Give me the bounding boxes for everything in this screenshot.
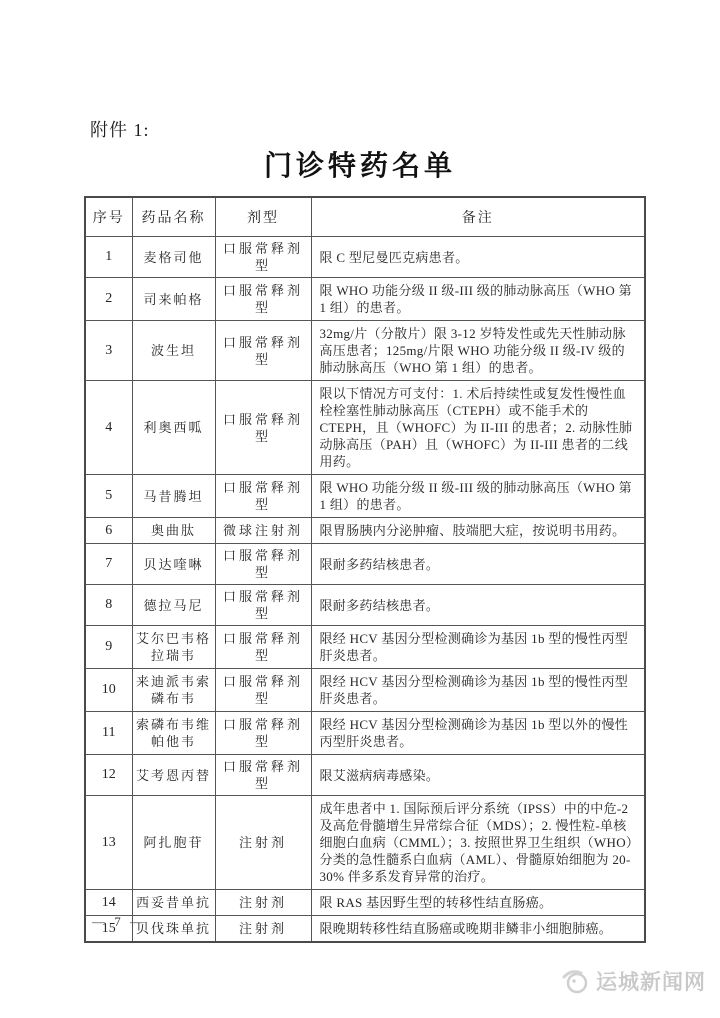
cell-dosage-form: 口服常释剂型 [215, 381, 311, 475]
cell-drug-name: 司来帕格 [132, 278, 215, 321]
cell-serial-no: 2 [85, 278, 132, 321]
table-row: 9 艾尔巴韦格拉瑞韦 口服常释剂型 限经 HCV 基因分型检测确诊为基因 1b … [85, 626, 645, 669]
cell-serial-no: 7 [85, 544, 132, 585]
cell-dosage-form: 口服常释剂型 [215, 712, 311, 755]
cell-drug-name: 艾考恩丙替 [132, 755, 215, 796]
cell-drug-name: 波生坦 [132, 321, 215, 381]
col-header-remark: 备注 [311, 197, 645, 237]
table-row: 1 麦格司他 口服常释剂型 限 C 型尼曼匹克病患者。 [85, 237, 645, 278]
cell-dosage-form: 口服常释剂型 [215, 544, 311, 585]
cell-remark: 限艾滋病病毒感染。 [311, 755, 645, 796]
cell-drug-name: 来迪派韦索磷布韦 [132, 669, 215, 712]
cell-serial-no: 5 [85, 475, 132, 518]
cell-serial-no: 6 [85, 518, 132, 544]
special-drug-table: 序号 药品名称 剂型 备注 1 麦格司他 口服常释剂型 限 C 型尼曼匹克病患者… [84, 196, 646, 943]
cell-remark: 限 C 型尼曼匹克病患者。 [311, 237, 645, 278]
cell-dosage-form: 口服常释剂型 [215, 626, 311, 669]
cell-serial-no: 4 [85, 381, 132, 475]
col-header-dosage-form: 剂型 [215, 197, 311, 237]
cell-remark: 32mg/片（分散片）限 3-12 岁特发性或先天性肺动脉高压患者；125mg/… [311, 321, 645, 381]
cell-dosage-form: 口服常释剂型 [215, 669, 311, 712]
cell-serial-no: 13 [85, 796, 132, 890]
col-header-drug-name: 药品名称 [132, 197, 215, 237]
table-row: 14 西妥昔单抗 注射剂 限 RAS 基因野生型的转移性结直肠癌。 [85, 890, 645, 916]
cell-dosage-form: 口服常释剂型 [215, 475, 311, 518]
yuncheng-news-logo-icon [561, 967, 591, 995]
cell-dosage-form: 微球注射剂 [215, 518, 311, 544]
cell-drug-name: 马昔腾坦 [132, 475, 215, 518]
cell-dosage-form: 注射剂 [215, 796, 311, 890]
table-row: 12 艾考恩丙替 口服常释剂型 限艾滋病病毒感染。 [85, 755, 645, 796]
watermark: 运城新闻网 [561, 966, 706, 996]
table-header-row: 序号 药品名称 剂型 备注 [85, 197, 645, 237]
cell-drug-name: 索磷布韦维帕他韦 [132, 712, 215, 755]
cell-remark: 限 RAS 基因野生型的转移性结直肠癌。 [311, 890, 645, 916]
table-row: 2 司来帕格 口服常释剂型 限 WHO 功能分级 II 级-III 级的肺动脉高… [85, 278, 645, 321]
page-number: — 7 — [92, 914, 146, 930]
cell-drug-name: 利奥西呱 [132, 381, 215, 475]
cell-remark: 限以下情况方可支付：1. 术后持续性或复发性慢性血栓栓塞性肺动脉高压（CTEPH… [311, 381, 645, 475]
cell-drug-name: 德拉马尼 [132, 585, 215, 626]
page-title: 门诊特药名单 [0, 144, 720, 184]
table-row: 15 贝伐珠单抗 注射剂 限晚期转移性结直肠癌或晚期非鳞非小细胞肺癌。 [85, 916, 645, 943]
cell-remark: 限耐多药结核患者。 [311, 544, 645, 585]
cell-drug-name: 阿扎胞苷 [132, 796, 215, 890]
cell-serial-no: 1 [85, 237, 132, 278]
cell-dosage-form: 口服常释剂型 [215, 755, 311, 796]
cell-dosage-form: 口服常释剂型 [215, 278, 311, 321]
table-row: 10 来迪派韦索磷布韦 口服常释剂型 限经 HCV 基因分型检测确诊为基因 1b… [85, 669, 645, 712]
attachment-label: 附件 1: [90, 116, 150, 142]
cell-remark: 限经 HCV 基因分型检测确诊为基因 1b 型以外的慢性丙型肝炎患者。 [311, 712, 645, 755]
cell-drug-name: 贝达喹啉 [132, 544, 215, 585]
cell-serial-no: 8 [85, 585, 132, 626]
cell-remark: 限晚期转移性结直肠癌或晚期非鳞非小细胞肺癌。 [311, 916, 645, 943]
cell-dosage-form: 口服常释剂型 [215, 237, 311, 278]
cell-serial-no: 11 [85, 712, 132, 755]
table-row: 6 奥曲肽 微球注射剂 限胃肠胰内分泌肿瘤、肢端肥大症，按说明书用药。 [85, 518, 645, 544]
cell-serial-no: 9 [85, 626, 132, 669]
cell-serial-no: 3 [85, 321, 132, 381]
cell-remark: 限耐多药结核患者。 [311, 585, 645, 626]
table-row: 5 马昔腾坦 口服常释剂型 限 WHO 功能分级 II 级-III 级的肺动脉高… [85, 475, 645, 518]
cell-remark: 限 WHO 功能分级 II 级-III 级的肺动脉高压（WHO 第 1 组）的患… [311, 475, 645, 518]
table-row: 7 贝达喹啉 口服常释剂型 限耐多药结核患者。 [85, 544, 645, 585]
table-row: 13 阿扎胞苷 注射剂 成年患者中 1. 国际预后评分系统（IPSS）中的中危-… [85, 796, 645, 890]
table-row: 8 德拉马尼 口服常释剂型 限耐多药结核患者。 [85, 585, 645, 626]
cell-remark: 成年患者中 1. 国际预后评分系统（IPSS）中的中危-2 及高危骨髓增生异常综… [311, 796, 645, 890]
cell-serial-no: 10 [85, 669, 132, 712]
watermark-text: 运城新闻网 [596, 966, 706, 996]
cell-remark: 限经 HCV 基因分型检测确诊为基因 1b 型的慢性丙型肝炎患者。 [311, 669, 645, 712]
cell-dosage-form: 注射剂 [215, 916, 311, 943]
table-row: 4 利奥西呱 口服常释剂型 限以下情况方可支付：1. 术后持续性或复发性慢性血栓… [85, 381, 645, 475]
table-row: 3 波生坦 口服常释剂型 32mg/片（分散片）限 3-12 岁特发性或先天性肺… [85, 321, 645, 381]
table-row: 11 索磷布韦维帕他韦 口服常释剂型 限经 HCV 基因分型检测确诊为基因 1b… [85, 712, 645, 755]
cell-serial-no: 14 [85, 890, 132, 916]
cell-dosage-form: 注射剂 [215, 890, 311, 916]
cell-dosage-form: 口服常释剂型 [215, 585, 311, 626]
cell-drug-name: 艾尔巴韦格拉瑞韦 [132, 626, 215, 669]
cell-drug-name: 奥曲肽 [132, 518, 215, 544]
cell-remark: 限 WHO 功能分级 II 级-III 级的肺动脉高压（WHO 第 1 组）的患… [311, 278, 645, 321]
cell-drug-name: 西妥昔单抗 [132, 890, 215, 916]
cell-drug-name: 麦格司他 [132, 237, 215, 278]
cell-remark: 限经 HCV 基因分型检测确诊为基因 1b 型的慢性丙型肝炎患者。 [311, 626, 645, 669]
cell-dosage-form: 口服常释剂型 [215, 321, 311, 381]
cell-serial-no: 12 [85, 755, 132, 796]
col-header-serial-no: 序号 [85, 197, 132, 237]
cell-remark: 限胃肠胰内分泌肿瘤、肢端肥大症，按说明书用药。 [311, 518, 645, 544]
